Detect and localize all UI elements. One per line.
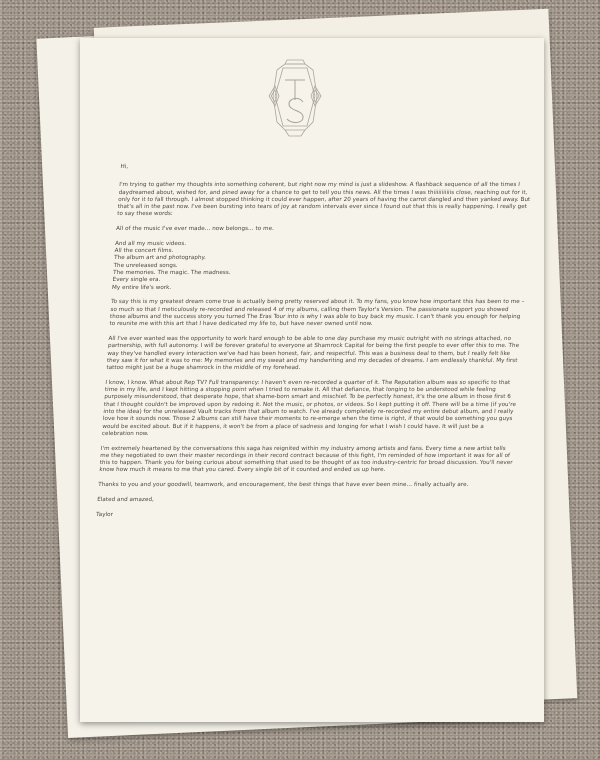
letter-signature: Taylor [96, 512, 511, 519]
list-item: And all my music videos. [115, 241, 530, 248]
owned-items-list: And all my music videos. All the concert… [112, 241, 530, 292]
letter-greeting: Hi, [120, 164, 535, 171]
list-item: All the concert films. [114, 248, 529, 255]
letter-closing: Elated and amazed, [97, 497, 512, 504]
ts-monogram-logo [263, 56, 327, 140]
letter-paragraph: All of the music I've ever made… now bel… [116, 226, 531, 233]
letter-paragraph: I'm trying to gather my thoughts into so… [117, 182, 534, 218]
list-item: Every single era. [112, 277, 527, 284]
letter-paragraph: I know, I know. What about Rep TV? Full … [101, 380, 519, 438]
letter-page: Hi, I'm trying to gather my thoughts int… [80, 38, 544, 722]
letter-paragraph: I'm extremely heartened by the conversat… [99, 446, 515, 475]
list-item: The album art and photography. [114, 255, 529, 262]
letter-paragraph: To say this is my greatest dream come tr… [109, 299, 525, 328]
letter-body: Hi, I'm trying to gather my thoughts int… [95, 164, 534, 526]
list-item: The unreleased songs. [113, 263, 528, 270]
letter-paragraph: Thanks to you and your goodwill, teamwor… [98, 482, 513, 489]
list-item: My entire life's work. [112, 285, 527, 292]
list-item: The memories. The magic. The madness. [113, 270, 528, 277]
letter-paragraph: All I've ever wanted was the opportunity… [106, 336, 523, 372]
